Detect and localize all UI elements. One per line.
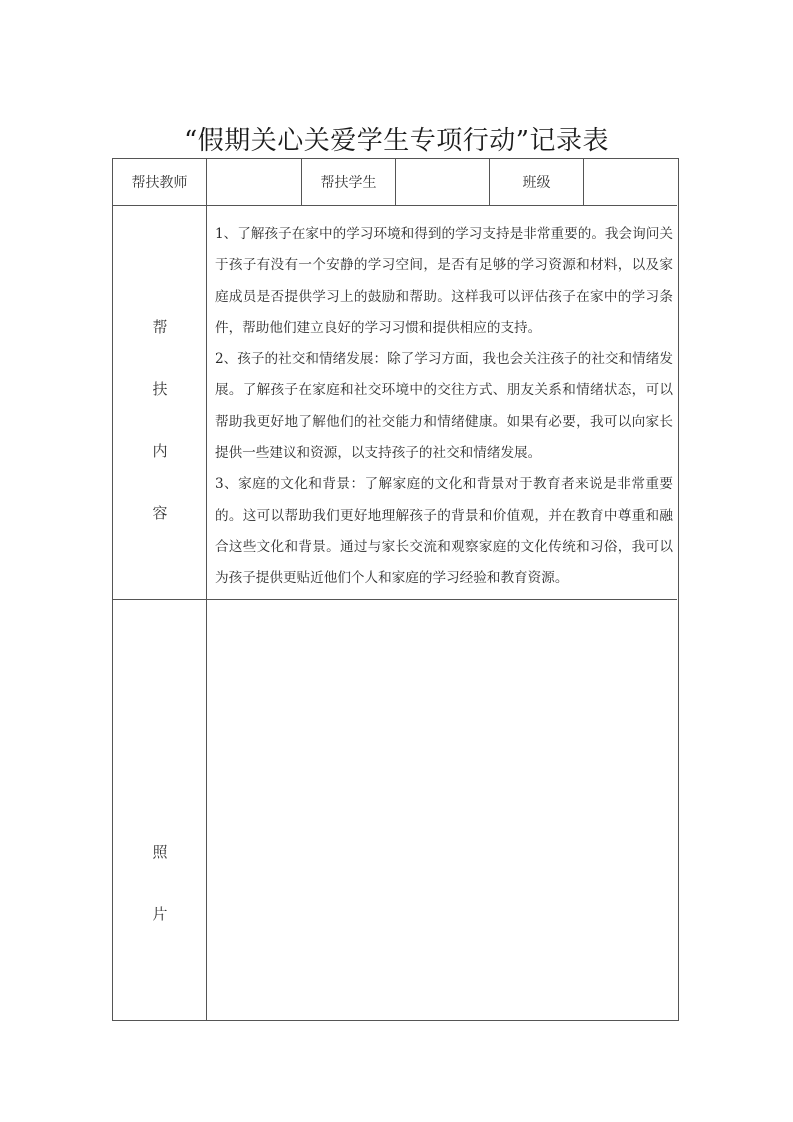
label-char: 帮: [152, 316, 167, 378]
student-label: 帮扶学生: [302, 159, 395, 205]
class-label: 班级: [490, 159, 583, 205]
assistance-content-label: 帮 扶 内 容: [113, 316, 207, 564]
row-divider-1: [113, 205, 677, 206]
document-title: “假期关心关爱学生专项行动”记录表: [0, 120, 793, 157]
label-char: 片: [152, 903, 167, 965]
photo-label: 照 片: [113, 841, 207, 965]
photo-area[interactable]: [208, 601, 678, 1020]
class-field[interactable]: [584, 159, 677, 205]
content-paragraph-1: 1、了解孩子在家中的学习环境和得到的学习支持是非常重要的。我会询问关于孩子有没有…: [215, 219, 673, 344]
record-table: 帮扶教师 帮扶学生 班级 帮 扶 内 容 1、了解孩子在家中的学习环境和得到的学…: [112, 158, 679, 1021]
teacher-label: 帮扶教师: [113, 159, 206, 205]
content-paragraph-3: 3、家庭的文化和背景：了解家庭的文化和背景对于教育者来说是非常重要的。这可以帮助…: [215, 469, 673, 594]
label-char: 扶: [152, 378, 167, 440]
teacher-field[interactable]: [207, 159, 301, 205]
assistance-content: 1、了解孩子在家中的学习环境和得到的学习支持是非常重要的。我会询问关于孩子有没有…: [215, 219, 673, 595]
content-paragraph-2: 2、孩子的社交和情绪发展：除了学习方面，我也会关注孩子的社交和情绪发展。了解孩子…: [215, 344, 673, 469]
student-field[interactable]: [396, 159, 489, 205]
row-divider-2: [113, 599, 677, 600]
label-char: 容: [152, 502, 167, 564]
label-char: 内: [152, 440, 167, 502]
label-char: 照: [152, 841, 167, 903]
